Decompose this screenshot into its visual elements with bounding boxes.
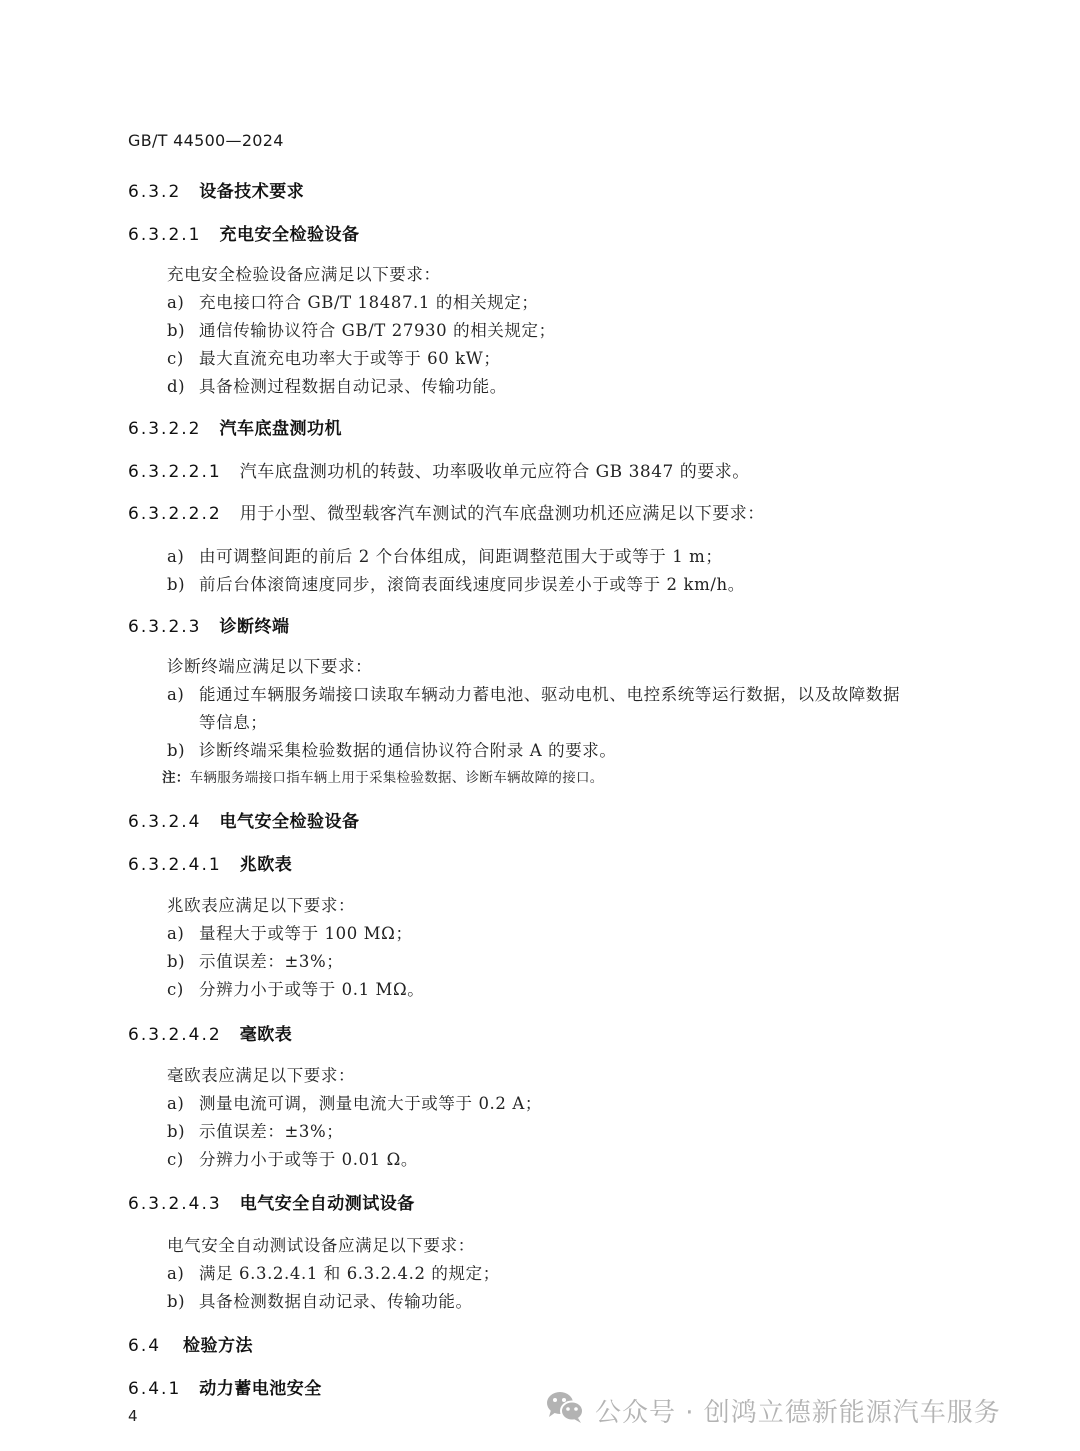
- section-heading-6-3-2-2-1: 6.3.2.2.1汽车底盘测功机的转鼓、功率吸收单元应符合 GB 3847 的要…: [128, 457, 750, 482]
- section-number: 6.3.2.4.2: [128, 1025, 222, 1045]
- section-heading-6-3-2-4-1: 6.3.2.4.1兆欧表: [128, 850, 292, 875]
- section-title: 兆欧表: [240, 855, 293, 875]
- note-text: 车辆服务端接口指车辆上用于采集检验数据、诊断车辆故障的接口。: [190, 770, 604, 786]
- note: 注：车辆服务端接口指车辆上用于采集检验数据、诊断车辆故障的接口。: [162, 766, 604, 786]
- list-item: c)分辨力小于或等于 0.01 Ω。: [167, 1146, 418, 1170]
- list-item: a)由可调整间距的前后 2 个台体组成，间距调整范围大于或等于 1 m；: [167, 543, 723, 567]
- section-number: 6.3.2.2: [128, 419, 201, 439]
- watermark: 公众号 · 创鸿立德新能源汽车服务: [545, 1390, 1001, 1431]
- list-item: b)示值误差：±3%；: [167, 948, 343, 972]
- section-number: 6.4: [128, 1336, 161, 1356]
- section-number: 6.3.2.2.2: [128, 504, 222, 524]
- section-title: 汽车底盘测功机: [219, 419, 342, 439]
- section-heading-6-3-2-2: 6.3.2.2汽车底盘测功机: [128, 414, 342, 439]
- section-heading-6-3-2-4: 6.3.2.4电气安全检验设备: [128, 807, 359, 832]
- section-heading-6-4: 6.4检验方法: [128, 1331, 253, 1356]
- section-number: 6.3.2.2.1: [128, 462, 222, 482]
- section-number: 6.3.2: [128, 182, 181, 202]
- list-item: a)充电接口符合 GB/T 18487.1 的相关规定；: [167, 289, 538, 313]
- section-title: 毫欧表: [240, 1025, 293, 1045]
- list-item: d)具备检测过程数据自动记录、传输功能。: [167, 373, 507, 397]
- section-heading-6-3-2-4-2: 6.3.2.4.2毫欧表: [128, 1020, 292, 1045]
- section-number: 6.4.1: [128, 1379, 181, 1399]
- list-item: b)通信传输协议符合 GB/T 27930 的相关规定；: [167, 317, 556, 341]
- section-number: 6.3.2.1: [128, 225, 201, 245]
- list-item: a)满足 6.3.2.4.1 和 6.3.2.4.2 的规定；: [167, 1260, 500, 1284]
- milliohmmeter-intro: 毫欧表应满足以下要求：: [167, 1062, 355, 1086]
- list-item: b)诊断终端采集检验数据的通信协议符合附录 A 的要求。: [167, 737, 617, 761]
- note-label: 注：: [162, 770, 190, 786]
- list-item: a)测量电流可调，测量电流大于或等于 0.2 A；: [167, 1090, 542, 1114]
- section-title: 充电安全检验设备: [219, 225, 359, 245]
- section-heading-6-3-2: 6.3.2设备技术要求: [128, 177, 304, 202]
- watermark-text: 公众号 · 创鸿立德新能源汽车服务: [595, 1392, 1001, 1429]
- section-text: 汽车底盘测功机的转鼓、功率吸收单元应符合 GB 3847 的要求。: [240, 462, 750, 482]
- section-title: 诊断终端: [219, 617, 289, 637]
- section-heading-6-3-2-2-2: 6.3.2.2.2用于小型、微型载客汽车测试的汽车底盘测功机还应满足以下要求：: [128, 499, 765, 524]
- megohmmeter-intro: 兆欧表应满足以下要求：: [167, 892, 355, 916]
- section-title: 检验方法: [183, 1336, 253, 1356]
- page-number: 4: [128, 1407, 138, 1425]
- list-item-continuation: 等信息；: [199, 709, 267, 733]
- section-number: 6.3.2.4.3: [128, 1194, 222, 1214]
- section-title: 设备技术要求: [199, 182, 304, 202]
- section-heading-6-4-1: 6.4.1动力蓄电池安全: [128, 1374, 322, 1399]
- section-title: 动力蓄电池安全: [199, 1379, 322, 1399]
- section-number: 6.3.2.4: [128, 812, 201, 832]
- charging-intro: 充电安全检验设备应满足以下要求：: [167, 261, 441, 285]
- section-heading-6-3-2-4-3: 6.3.2.4.3电气安全自动测试设备: [128, 1189, 415, 1214]
- list-item: b)前后台体滚筒速度同步，滚筒表面线速度同步误差小于或等于 2 km/h。: [167, 571, 745, 595]
- wechat-icon: [545, 1390, 595, 1431]
- list-item: c)最大直流充电功率大于或等于 60 kW；: [167, 345, 500, 369]
- section-heading-6-3-2-3: 6.3.2.3诊断终端: [128, 612, 289, 637]
- section-title: 电气安全检验设备: [219, 812, 359, 832]
- list-item: c)分辨力小于或等于 0.1 MΩ。: [167, 976, 424, 1000]
- diagnostic-intro: 诊断终端应满足以下要求：: [167, 653, 372, 677]
- section-text: 用于小型、微型载客汽车测试的汽车底盘测功机还应满足以下要求：: [240, 504, 765, 524]
- standard-code: GB/T 44500—2024: [128, 131, 284, 150]
- section-number: 6.3.2.4.1: [128, 855, 222, 875]
- section-heading-6-3-2-1: 6.3.2.1充电安全检验设备: [128, 220, 359, 245]
- list-item: a)能通过车辆服务端接口读取车辆动力蓄电池、驱动电机、电控系统等运行数据，以及故…: [167, 681, 900, 705]
- list-item: a)量程大于或等于 100 MΩ；: [167, 920, 413, 944]
- section-title: 电气安全自动测试设备: [240, 1194, 415, 1214]
- list-item: b)示值误差：±3%；: [167, 1118, 343, 1142]
- list-item: b)具备检测数据自动记录、传输功能。: [167, 1288, 473, 1312]
- auto-test-intro: 电气安全自动测试设备应满足以下要求：: [167, 1232, 475, 1256]
- section-number: 6.3.2.3: [128, 617, 201, 637]
